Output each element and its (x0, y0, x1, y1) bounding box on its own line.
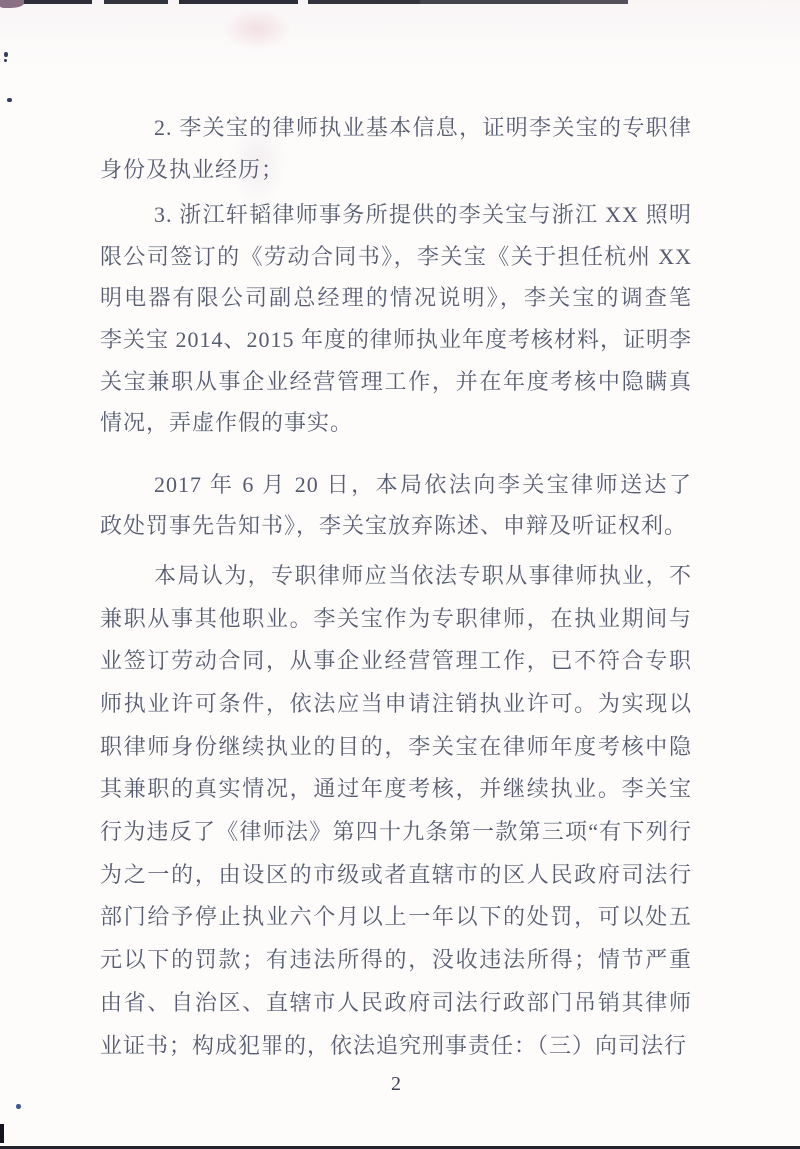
text-line: 限公司签订的《劳动合同书》，李关宝《关于担任杭州 XX 照 (100, 236, 692, 278)
scan-blob-top-left (0, 0, 24, 8)
text-line: 3. 浙江轩韬律师事务所提供的李关宝与浙江 XX 照明有 (100, 194, 692, 236)
paragraph: 2017 年 6 月 20 日，本局依法向李关宝律师送达了《行政处罚事先告知书》… (100, 464, 692, 547)
text-line: 师执业许可条件，依法应当申请注销执业许可。为实现以专 (100, 683, 692, 726)
text-line: 职律师身份继续执业的目的，李关宝在律师年度考核中隐瞒 (100, 726, 692, 769)
text-line: 业签订劳动合同，从事企业经营管理工作，已不符合专职律 (100, 640, 692, 683)
text-line: 行为违反了《律师法》第四十九条第一款第三项“有下列行 (100, 811, 692, 854)
paragraph: 2. 李关宝的律师执业基本信息，证明李关宝的专职律师身份及执业经历； (100, 107, 692, 190)
paragraph: 本局认为，专职律师应当依法专职从事律师执业，不得兼职从事其他职业。李关宝作为专职… (100, 555, 692, 1067)
text-line: 部门给予停止执业六个月以上一年以下的处罚，可以处五万 (100, 896, 692, 939)
text-line: 元以下的罚款；有违法所得的，没收违法所得；情节严重的， (100, 939, 692, 982)
page-number: 2 (100, 1072, 692, 1096)
text-line: 政处罚事先告知书》，李关宝放弃陈述、申辩及听证权利。 (100, 505, 692, 547)
text-line: 业证书；构成犯罪的，依法追究刑事责任：（三）向司法行 (100, 1025, 692, 1068)
text-line: 李关宝 2014、2015 年度的律师执业年度考核材料，证明李 (100, 319, 692, 361)
text-line: 本局认为，专职律师应当依法专职从事律师执业，不得 (100, 555, 692, 598)
scan-speckle (7, 98, 12, 102)
document-body: 2. 李关宝的律师执业基本信息，证明李关宝的专职律师身份及执业经历；3. 浙江轩… (100, 107, 692, 1079)
text-line: 为之一的，由设区的市级或者直辖市的区人民政府司法行政 (100, 854, 692, 897)
text-line: 由省、自治区、直辖市人民政府司法行政部门吊销其律师执 (100, 982, 692, 1025)
scan-mark-bottom-left (0, 1124, 4, 1143)
text-line: 关宝兼职从事企业经营管理工作，并在年度考核中隐瞒真实 (100, 361, 692, 403)
scanned-document-page: 2. 李关宝的律师执业基本信息，证明李关宝的专职律师身份及执业经历；3. 浙江轩… (0, 0, 800, 1149)
text-line: 兼职从事其他职业。李关宝作为专职律师，在执业期间与企 (100, 598, 692, 641)
text-line: 明电器有限公司副总经理的情况说明》，李关宝的调查笔录， (100, 277, 692, 319)
text-line: 2017 年 6 月 20 日，本局依法向李关宝律师送达了《行 (100, 464, 692, 506)
scan-smudge (222, 8, 292, 50)
scan-speckle (4, 52, 8, 57)
text-line: 2. 李关宝的律师执业基本信息，证明李关宝的专职律师 (100, 107, 692, 149)
scan-speckle (16, 1104, 21, 1109)
paragraph: 3. 浙江轩韬律师事务所提供的李关宝与浙江 XX 照明有限公司签订的《劳动合同书… (100, 194, 692, 444)
text-line: 身份及执业经历； (100, 149, 692, 191)
scan-speckle (4, 59, 7, 62)
text-line: 其兼职的真实情况，通过年度考核，并继续执业。李关宝的 (100, 768, 692, 811)
text-line: 情况，弄虚作假的事实。 (100, 402, 692, 444)
scan-edge-top (0, 0, 628, 4)
